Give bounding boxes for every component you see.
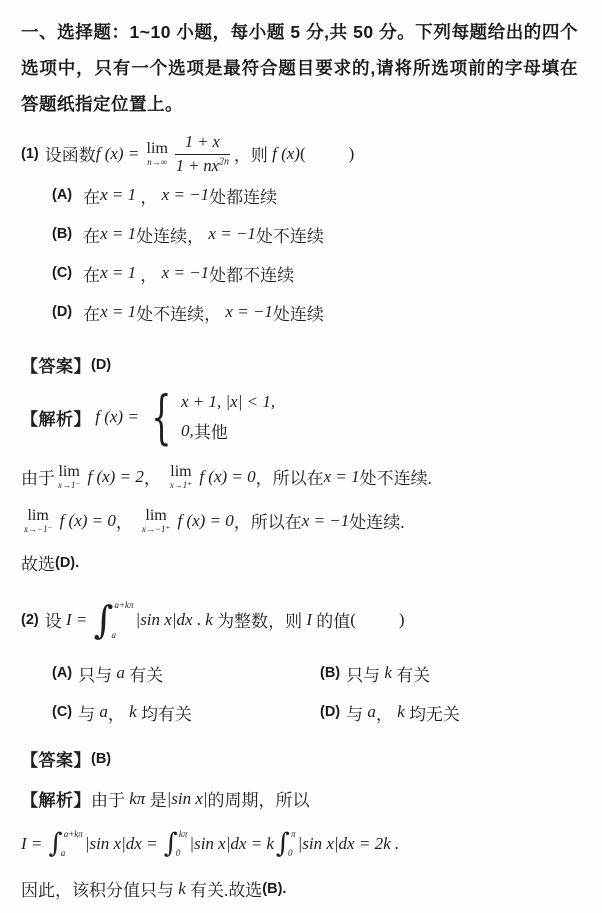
option-text: 处不连续， [136, 300, 225, 325]
option-a: (A) 在 x = 1 ， x = −1 处都连续 [52, 176, 578, 215]
text: 所以在 [251, 508, 302, 533]
option-text: 处都不连续 [209, 261, 294, 286]
option-math: a [363, 702, 376, 722]
question-1-conclusion: 故选 (D). [21, 550, 578, 576]
option-text: 处不连续 [256, 222, 324, 247]
option-text: 处连续 [273, 300, 324, 325]
equals: = [246, 834, 266, 854]
cases-row-1: x + 1, |x| < 1, [181, 391, 275, 413]
denominator-main: 1 + nx [176, 156, 219, 175]
fraction-numerator: 1 + x [175, 132, 230, 155]
answer-blank: ( ) [300, 144, 355, 164]
integral: ∫ a+kπ a [49, 828, 83, 859]
text: 有关.故选 [190, 876, 262, 901]
text: 因此，该积分值只与 [21, 876, 174, 901]
limit-notation: lim x→1⁻ [58, 464, 80, 490]
option-d-label: (D) [320, 704, 340, 720]
answer-value: (B). [262, 881, 286, 897]
cases-row-2-text: 其他 [194, 418, 228, 443]
question-1-lead: 设函数 [45, 141, 96, 166]
differential: dx [230, 834, 246, 854]
cases-row-1-math: x + 1, |x| < 1, [181, 392, 275, 412]
answer-tag: 【答案】 [21, 746, 91, 771]
answer-tag: 【答案】 [21, 352, 91, 377]
cases-rows: x + 1, |x| < 1, 0,其他 [181, 391, 275, 443]
option-b: (B) 在 x = 1 处连续， x = −1 处不连续 [52, 215, 578, 254]
integral-bounds: π 0 [291, 828, 296, 859]
differential: dx [177, 610, 193, 630]
limit-subscript: x→1⁺ [170, 481, 192, 490]
integral-bounds: a+kπ a [114, 598, 133, 642]
text: 由于 [91, 786, 125, 811]
limit-notation: lim x→−1⁺ [142, 508, 170, 534]
function-notation-2: f (x) [268, 144, 300, 164]
math: f (x) = 0 [173, 511, 234, 531]
option-text: 只与 [346, 661, 380, 686]
option-math: a [112, 663, 129, 683]
option-math: x = 1 [100, 224, 136, 244]
limit-notation: lim n→∞ [147, 141, 168, 167]
math: |sin x| [167, 789, 208, 809]
limit-operator: lim [145, 508, 166, 524]
math: I = [62, 610, 92, 630]
analysis-tag: 【解析】 [21, 405, 91, 430]
integral-upper: a+kπ [114, 600, 133, 610]
question-1-number: (1) [21, 146, 39, 162]
option-c-label: (C) [52, 265, 72, 281]
limit-subscript: x→−1⁺ [142, 525, 170, 534]
limit-subscript: x→1⁻ [58, 481, 80, 490]
question-1-options: (A) 在 x = 1 ， x = −1 处都连续 (B) 在 x = 1 处连… [52, 176, 578, 332]
limit-operator: lim [58, 464, 79, 480]
option-text: 与 [346, 700, 363, 725]
math: k [174, 879, 190, 899]
analysis-tag: 【解析】 [21, 786, 91, 811]
options-row-2: (C) 与 a ， k 均有关 (D) 与 a ， k 均无关 [52, 693, 578, 732]
answer-value: (D) [91, 357, 111, 373]
option-math: x = 1 [100, 302, 136, 322]
option-math: k [380, 663, 396, 683]
math: I [302, 610, 316, 630]
math: kπ [125, 789, 150, 809]
option-text: 在 [83, 261, 100, 286]
integral-upper: π [291, 829, 296, 839]
question-2-lead: 设 [45, 607, 62, 632]
option-math: x = −1 [208, 224, 256, 244]
text: 是 [150, 786, 167, 811]
limit-subscript: x→−1⁻ [24, 525, 52, 534]
option-text: 在 [83, 222, 100, 247]
option-math: x = −1 [162, 263, 210, 283]
integrand: |sin x| [298, 834, 339, 854]
option-text: ， [376, 700, 397, 725]
text: 所以在 [273, 464, 324, 489]
option-math: a [95, 702, 108, 722]
question-1-stem: (1) 设函数 f (x) = lim n→∞ 1 + x 1 + nx2n ，… [21, 132, 578, 176]
option-text: 有关 [129, 661, 163, 686]
option-text: ， [136, 183, 162, 208]
integral-lower: 0 [288, 848, 296, 858]
option-c: (C) 与 a ， k 均有关 [52, 700, 320, 725]
limit-operator: lim [170, 464, 191, 480]
text: 处连续. [349, 508, 404, 533]
text: 由于 [21, 464, 55, 489]
option-a: (A) 只与 a 有关 [52, 661, 320, 686]
text: ， [116, 508, 133, 533]
option-text: 均有关 [141, 700, 192, 725]
integral-lower: a [111, 630, 133, 640]
option-text: 与 [78, 700, 95, 725]
option-text: 在 [83, 300, 100, 325]
integral-upper: kπ [179, 829, 188, 839]
question-2-analysis: 【解析】 由于 kπ 是 |sin x| 的周期，所以 [21, 784, 578, 814]
option-math: k [129, 702, 141, 722]
integral-bounds: kπ 0 [179, 828, 188, 859]
option-text: 处都连续 [209, 183, 277, 208]
integral-lower: 0 [176, 848, 188, 858]
option-text: 均无关 [409, 700, 460, 725]
question-2-formula: I = ∫ a+kπ a |sin x| dx = ∫ kπ 0 |sin x|… [21, 823, 578, 865]
math: k [205, 610, 217, 630]
text: ， [144, 464, 161, 489]
option-math: x = 1 [100, 263, 136, 283]
option-text: ， [108, 700, 129, 725]
option-text: ， [136, 261, 162, 286]
differential: dx [126, 834, 142, 854]
function-notation: f (x) = [96, 144, 144, 164]
option-math: x = 1 [100, 185, 136, 205]
differential: dx [339, 834, 355, 854]
piecewise-cases: { x + 1, |x| < 1, 0,其他 [147, 390, 275, 445]
math: = 2k . [355, 834, 400, 854]
text: 故选 [21, 550, 55, 575]
text: 的周期，所以 [208, 786, 310, 811]
option-c: (C) 在 x = 1 ， x = −1 处都不连续 [52, 254, 578, 293]
limit-subscript: n→∞ [147, 158, 167, 167]
integrand: |sin x| [189, 834, 230, 854]
integrand: |sin x| [85, 834, 126, 854]
option-c-label: (C) [52, 704, 72, 720]
option-text: 只与 [78, 661, 112, 686]
integral: ∫ π 0 [276, 828, 296, 859]
integrand: |sin x| [136, 610, 177, 630]
text: ， [234, 508, 251, 533]
cases-row-2: 0,其他 [181, 418, 275, 443]
math: f (x) = 0 [195, 467, 256, 487]
option-b: (B) 只与 k 有关 [320, 661, 430, 686]
option-math: x = −1 [162, 185, 210, 205]
option-d: (D) 与 a ， k 均无关 [320, 700, 460, 725]
text: ， [256, 464, 273, 489]
separator: . [193, 610, 206, 630]
limit-notation: lim x→1⁺ [170, 464, 192, 490]
math: f (x) = 2 [83, 467, 144, 487]
answer-blank: ( ) [350, 610, 405, 630]
option-b-label: (B) [320, 665, 340, 681]
option-math: k [397, 702, 409, 722]
options-row-1: (A) 只与 a 有关 (B) 只与 k 有关 [52, 654, 578, 693]
question-2-stem: (2) 设 I = ∫ a+kπ a |sin x| dx . k 为整数，则 … [21, 594, 578, 646]
option-a-label: (A) [52, 187, 72, 203]
question-2-conclusion: 因此，该积分值只与 k 有关.故选 (B). [21, 875, 578, 903]
question-2-number: (2) [21, 612, 39, 628]
question-1-answer: 【答案】 (D) [21, 352, 578, 378]
math: k [266, 834, 274, 854]
question-1-analysis: 【解析】 f (x) = { x + 1, |x| < 1, 0,其他 [21, 390, 578, 445]
option-math: x = −1 [225, 302, 273, 322]
analysis-line-1: 由于 lim x→1⁻ f (x) = 2 ， lim x→1⁺ f (x) =… [21, 460, 578, 494]
fraction-denominator: 1 + nx2n [176, 155, 229, 176]
analysis-line-2: lim x→−1⁻ f (x) = 0 ， lim x→−1⁺ f (x) = … [21, 504, 578, 538]
limit-operator: lim [27, 508, 48, 524]
option-a-label: (A) [52, 665, 72, 681]
section-header: 一、选择题：1~10 小题，每小题 5 分,共 50 分。下列每题给出的四个选项… [21, 10, 578, 122]
integral-bounds: a+kπ a [64, 828, 83, 859]
math: I = [21, 834, 47, 854]
question-2-answer: 【答案】 (B) [21, 746, 578, 772]
function-notation: f (x) = [91, 407, 143, 427]
cases-brace: { [151, 390, 171, 445]
option-d-label: (D) [52, 304, 72, 320]
integral: ∫ kπ 0 [164, 828, 188, 859]
limit-notation: lim x→−1⁻ [24, 508, 52, 534]
equals: = [142, 834, 162, 854]
text: 的值 [316, 607, 350, 632]
text: 为整数，则 [217, 607, 302, 632]
limit-operator: lim [147, 141, 168, 157]
option-text: 处连续， [136, 222, 208, 247]
denominator-exponent: 2n [219, 156, 229, 167]
answer-value: (D). [55, 555, 79, 571]
integral: ∫ a+kπ a [94, 598, 134, 642]
cases-row-2-math: 0, [181, 421, 194, 441]
text: 处不连续. [360, 464, 432, 489]
integral-lower: a [61, 848, 83, 858]
math: f (x) = 0 [55, 511, 116, 531]
math: x = −1 [302, 511, 350, 531]
exam-document-page: 一、选择题：1~10 小题，每小题 5 分,共 50 分。下列每题给出的四个选项… [0, 0, 602, 913]
option-text: 有关 [396, 661, 430, 686]
fraction: 1 + x 1 + nx2n [175, 132, 230, 176]
option-d: (D) 在 x = 1 处不连续， x = −1 处连续 [52, 293, 578, 332]
integral-upper: a+kπ [64, 829, 83, 839]
option-b-label: (B) [52, 226, 72, 242]
question-2-options: (A) 只与 a 有关 (B) 只与 k 有关 (C) 与 a ， [21, 654, 578, 732]
math: x = 1 [324, 467, 360, 487]
answer-value: (B) [91, 751, 111, 767]
question-1-mid-text: ，则 [234, 141, 268, 166]
option-text: 在 [83, 183, 100, 208]
